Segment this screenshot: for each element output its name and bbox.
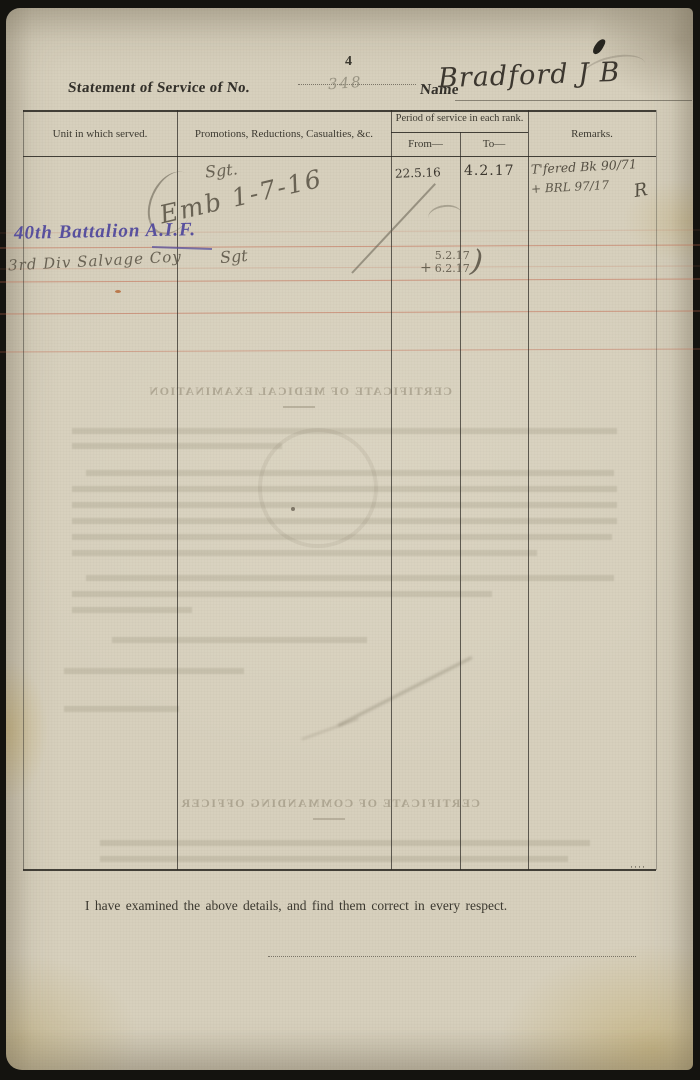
stain-speck <box>115 290 121 293</box>
bleed-through-heading-medical: CERTIFICATE OF MEDICAL EXAMINATION <box>100 384 500 399</box>
bleed-through-line <box>72 502 617 508</box>
column-divider-period <box>528 110 529 870</box>
bleed-through-line <box>72 534 612 540</box>
bleed-through-line <box>72 518 617 524</box>
battalion-stamp: 40th Battalion A.I.F. <box>14 219 196 245</box>
service-number-handwritten: 348 <box>327 73 363 93</box>
table-bottom-border <box>23 869 656 871</box>
header-period: Period of service in each rank. <box>394 113 525 125</box>
bleed-through-line <box>72 607 192 613</box>
rank-entry-1: Sgt. <box>204 159 239 181</box>
bleed-through-line <box>100 840 590 846</box>
bleed-through-line <box>86 575 614 581</box>
table-end-mark: ···· <box>630 862 646 872</box>
date-brace: ) <box>469 243 484 279</box>
header-promotions: Promotions, Reductions, Casualties, &c. <box>177 128 391 141</box>
header-remarks: Remarks. <box>528 128 656 141</box>
examination-statement: I have examined the above details, and f… <box>85 898 507 914</box>
stain-speck <box>291 507 295 511</box>
from-date-2-group: + 5.2.17 6.2.17 ) <box>420 244 482 279</box>
bleed-through-line <box>72 550 537 556</box>
form-title-label: Statement of Service of No. <box>67 80 251 97</box>
scanned-service-record-page: CERTIFICATE OF MEDICAL EXAMINATION CERTI… <box>0 0 700 1080</box>
to-date-1: 4.2.17 <box>464 163 515 179</box>
table-right-border <box>656 110 657 870</box>
bleed-through-line <box>72 486 617 492</box>
bleed-through-line <box>64 668 244 674</box>
bleed-through-line <box>64 706 179 712</box>
rank-entry-2: Sgt <box>219 246 248 267</box>
bleed-through-heading-commanding: CERTIFICATE OF COMMANDING OFFICER <box>130 796 530 811</box>
column-divider-promotions <box>391 110 392 870</box>
bleed-through-line <box>72 591 492 597</box>
from-date-2b: 6.2.17 <box>435 262 470 275</box>
table-top-border <box>23 110 656 112</box>
bleed-through-line <box>72 428 617 434</box>
from-date-1: 22.5.16 <box>395 165 441 181</box>
bleed-through-line <box>100 856 568 862</box>
table-header-rule <box>23 156 656 157</box>
signature-rule <box>268 956 636 957</box>
bleed-through-line <box>112 637 367 643</box>
header-to: To— <box>460 138 528 151</box>
bleed-through-rule <box>313 818 345 820</box>
header-unit: Unit in which served. <box>23 128 177 141</box>
name-rule <box>455 100 692 101</box>
bleed-through-line <box>86 470 614 476</box>
from-date-2a: 5.2.17 <box>435 249 470 262</box>
name-handwritten: Bradford J B <box>438 57 621 94</box>
from-date-2-plus: + <box>420 260 432 276</box>
column-divider-from-to <box>460 132 461 870</box>
header-from: From— <box>391 138 460 151</box>
bleed-through-rule <box>283 406 315 408</box>
page-number: 4 <box>345 54 352 70</box>
remarks-initials: R <box>632 179 649 202</box>
